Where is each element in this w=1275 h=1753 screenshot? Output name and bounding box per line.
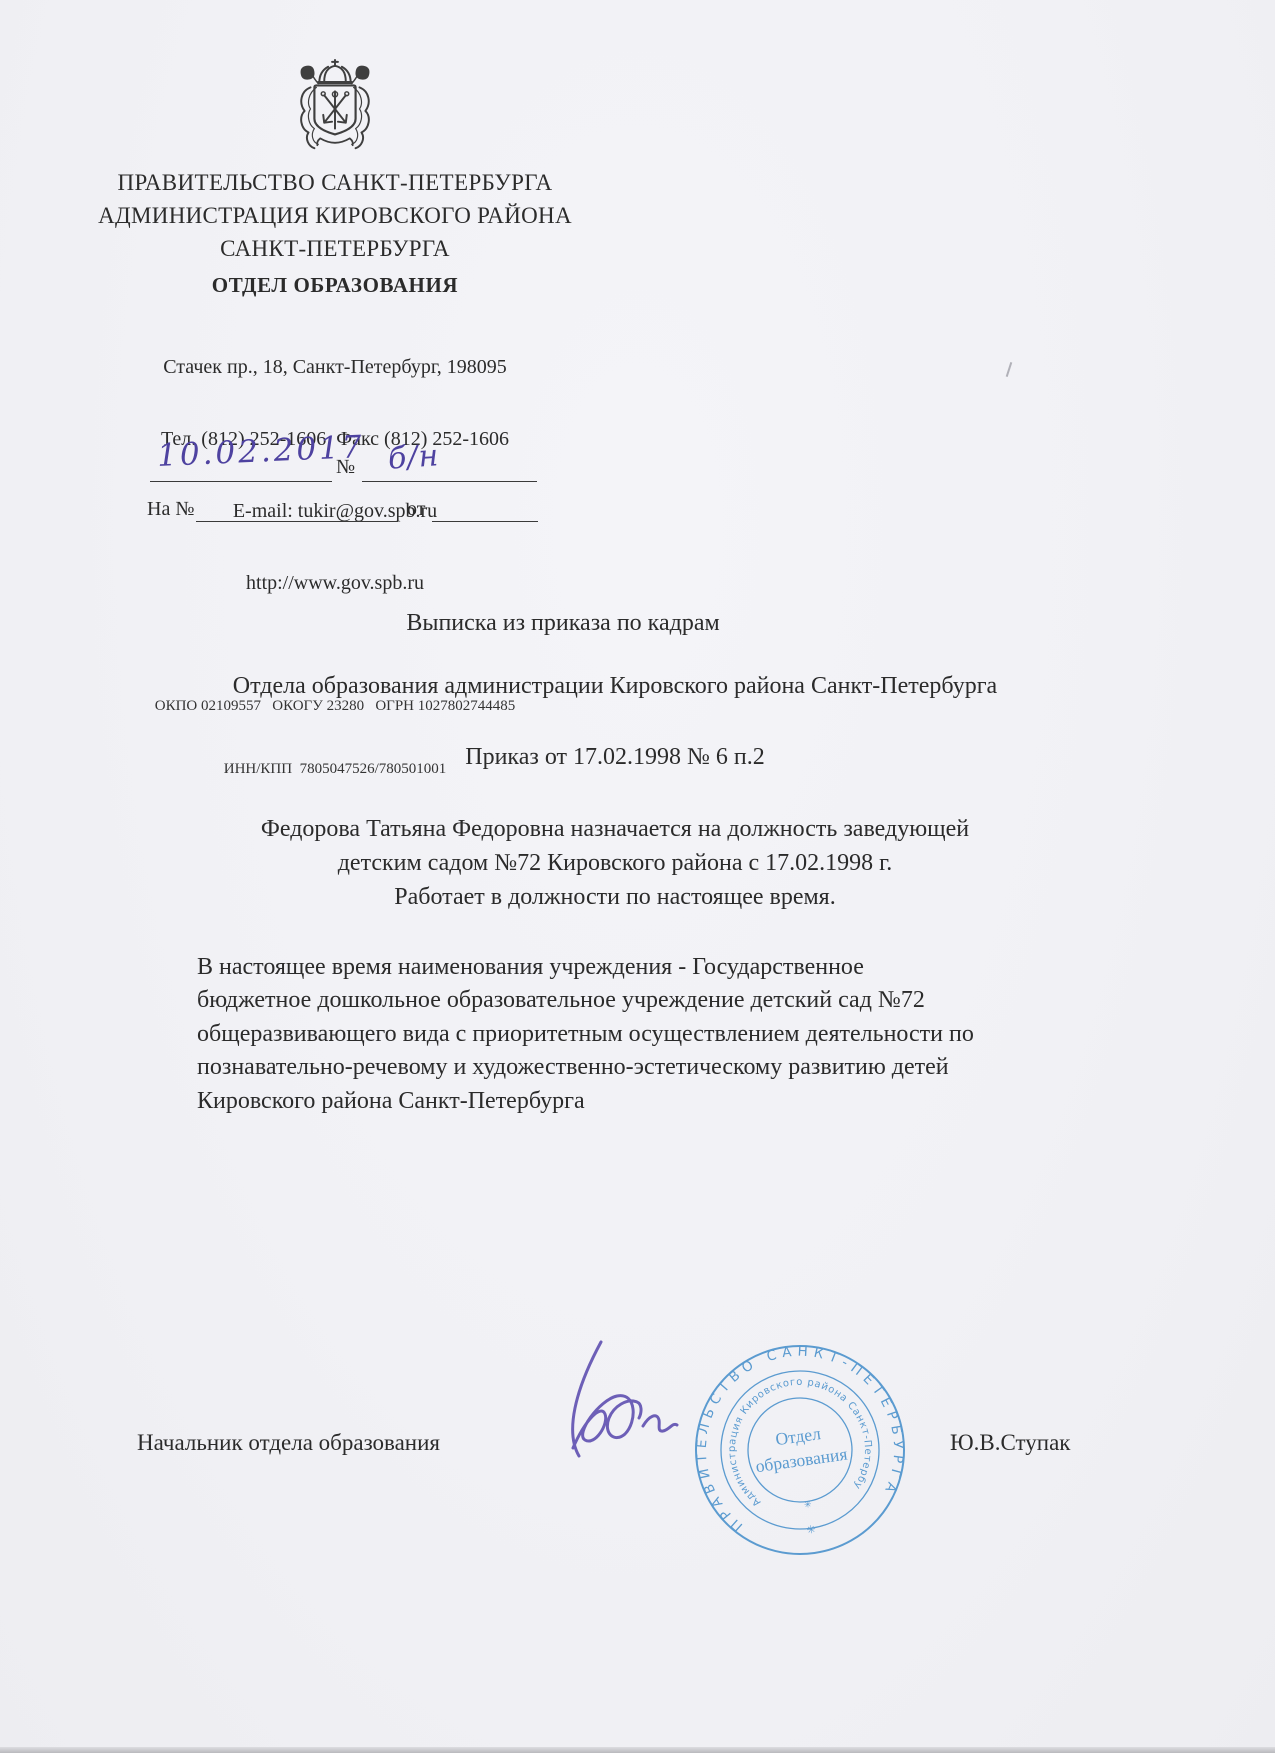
document-title: Выписка из приказа по кадрам <box>38 610 1088 637</box>
reply-date-underline <box>432 521 538 522</box>
document-subtitle: Отдела образования администрации Кировск… <box>90 673 1140 700</box>
stamp-star-outer: ✳ <box>806 1523 817 1537</box>
paragraph-appointment: Федорова Татьяна Федоровна назначается н… <box>90 812 1140 914</box>
appointment-line-3: Работает в должности по настоящее время. <box>90 880 1140 914</box>
postal-address: Стачек пр., 18, Санкт-Петербург, 198095 <box>70 355 600 379</box>
appointment-line-2: детским садом №72 Кировского района с 17… <box>90 846 1140 880</box>
scan-artifact-mark <box>1006 362 1013 377</box>
signer-name: Ю.В.Ступак <box>950 1430 1070 1456</box>
number-sign-label: № <box>336 456 355 479</box>
order-reference-line: Приказ от 17.02.1998 № 6 п.2 <box>90 744 1140 771</box>
administration-line-1: АДМИНИСТРАЦИЯ КИРОВСКОГО РАЙОНА <box>70 203 600 229</box>
reply-from-label: от <box>407 498 425 521</box>
stamp-center-line-1: Отдел <box>774 1423 822 1449</box>
institution-line-5: Кировского района Санкт-Петербурга <box>197 1085 1077 1118</box>
institution-line-3: общеразвивающего вида с приоритетным осу… <box>197 1018 1077 1051</box>
institution-line-4: познавательно-речевому и художественно-э… <box>197 1051 1077 1084</box>
institution-line-2: бюджетное дошкольное образовательное учр… <box>197 984 1077 1017</box>
department-title: ОТДЕЛ ОБРАЗОВАНИЯ <box>70 273 600 298</box>
reply-to-label: На № <box>147 498 194 521</box>
saint-petersburg-coat-of-arms-icon <box>281 56 389 158</box>
scanned-document: { "colors": { "paper": "#f1f1f5", "ink":… <box>0 0 1275 1753</box>
scan-edge-shadow <box>0 1747 1275 1753</box>
stamp-center-line-2: образования <box>754 1444 848 1477</box>
handwritten-number: б/н <box>387 438 441 476</box>
signer-position-title: Начальник отдела образования <box>137 1430 440 1456</box>
appointment-line-1: Федорова Татьяна Федоровна назначается н… <box>90 812 1140 846</box>
paragraph-institution-name: В настоящее время наименования учреждени… <box>197 951 1077 1118</box>
institution-line-1: В настоящее время наименования учреждени… <box>197 951 1077 984</box>
government-title: ПРАВИТЕЛЬСТВО САНКТ-ПЕТЕРБУРГА <box>70 170 600 196</box>
round-official-stamp: ПРАВИТЕЛЬСТВО САНКТ-ПЕТЕРБУРГА Администр… <box>686 1336 914 1564</box>
administration-line-2: САНКТ-ПЕТЕРБУРГА <box>70 236 600 262</box>
website-line: http://www.gov.spb.ru <box>70 571 600 595</box>
reply-number-underline <box>196 521 398 522</box>
stamp-star-inner: ✳ <box>803 1500 812 1511</box>
date-underline <box>150 481 332 482</box>
number-underline <box>362 481 537 482</box>
